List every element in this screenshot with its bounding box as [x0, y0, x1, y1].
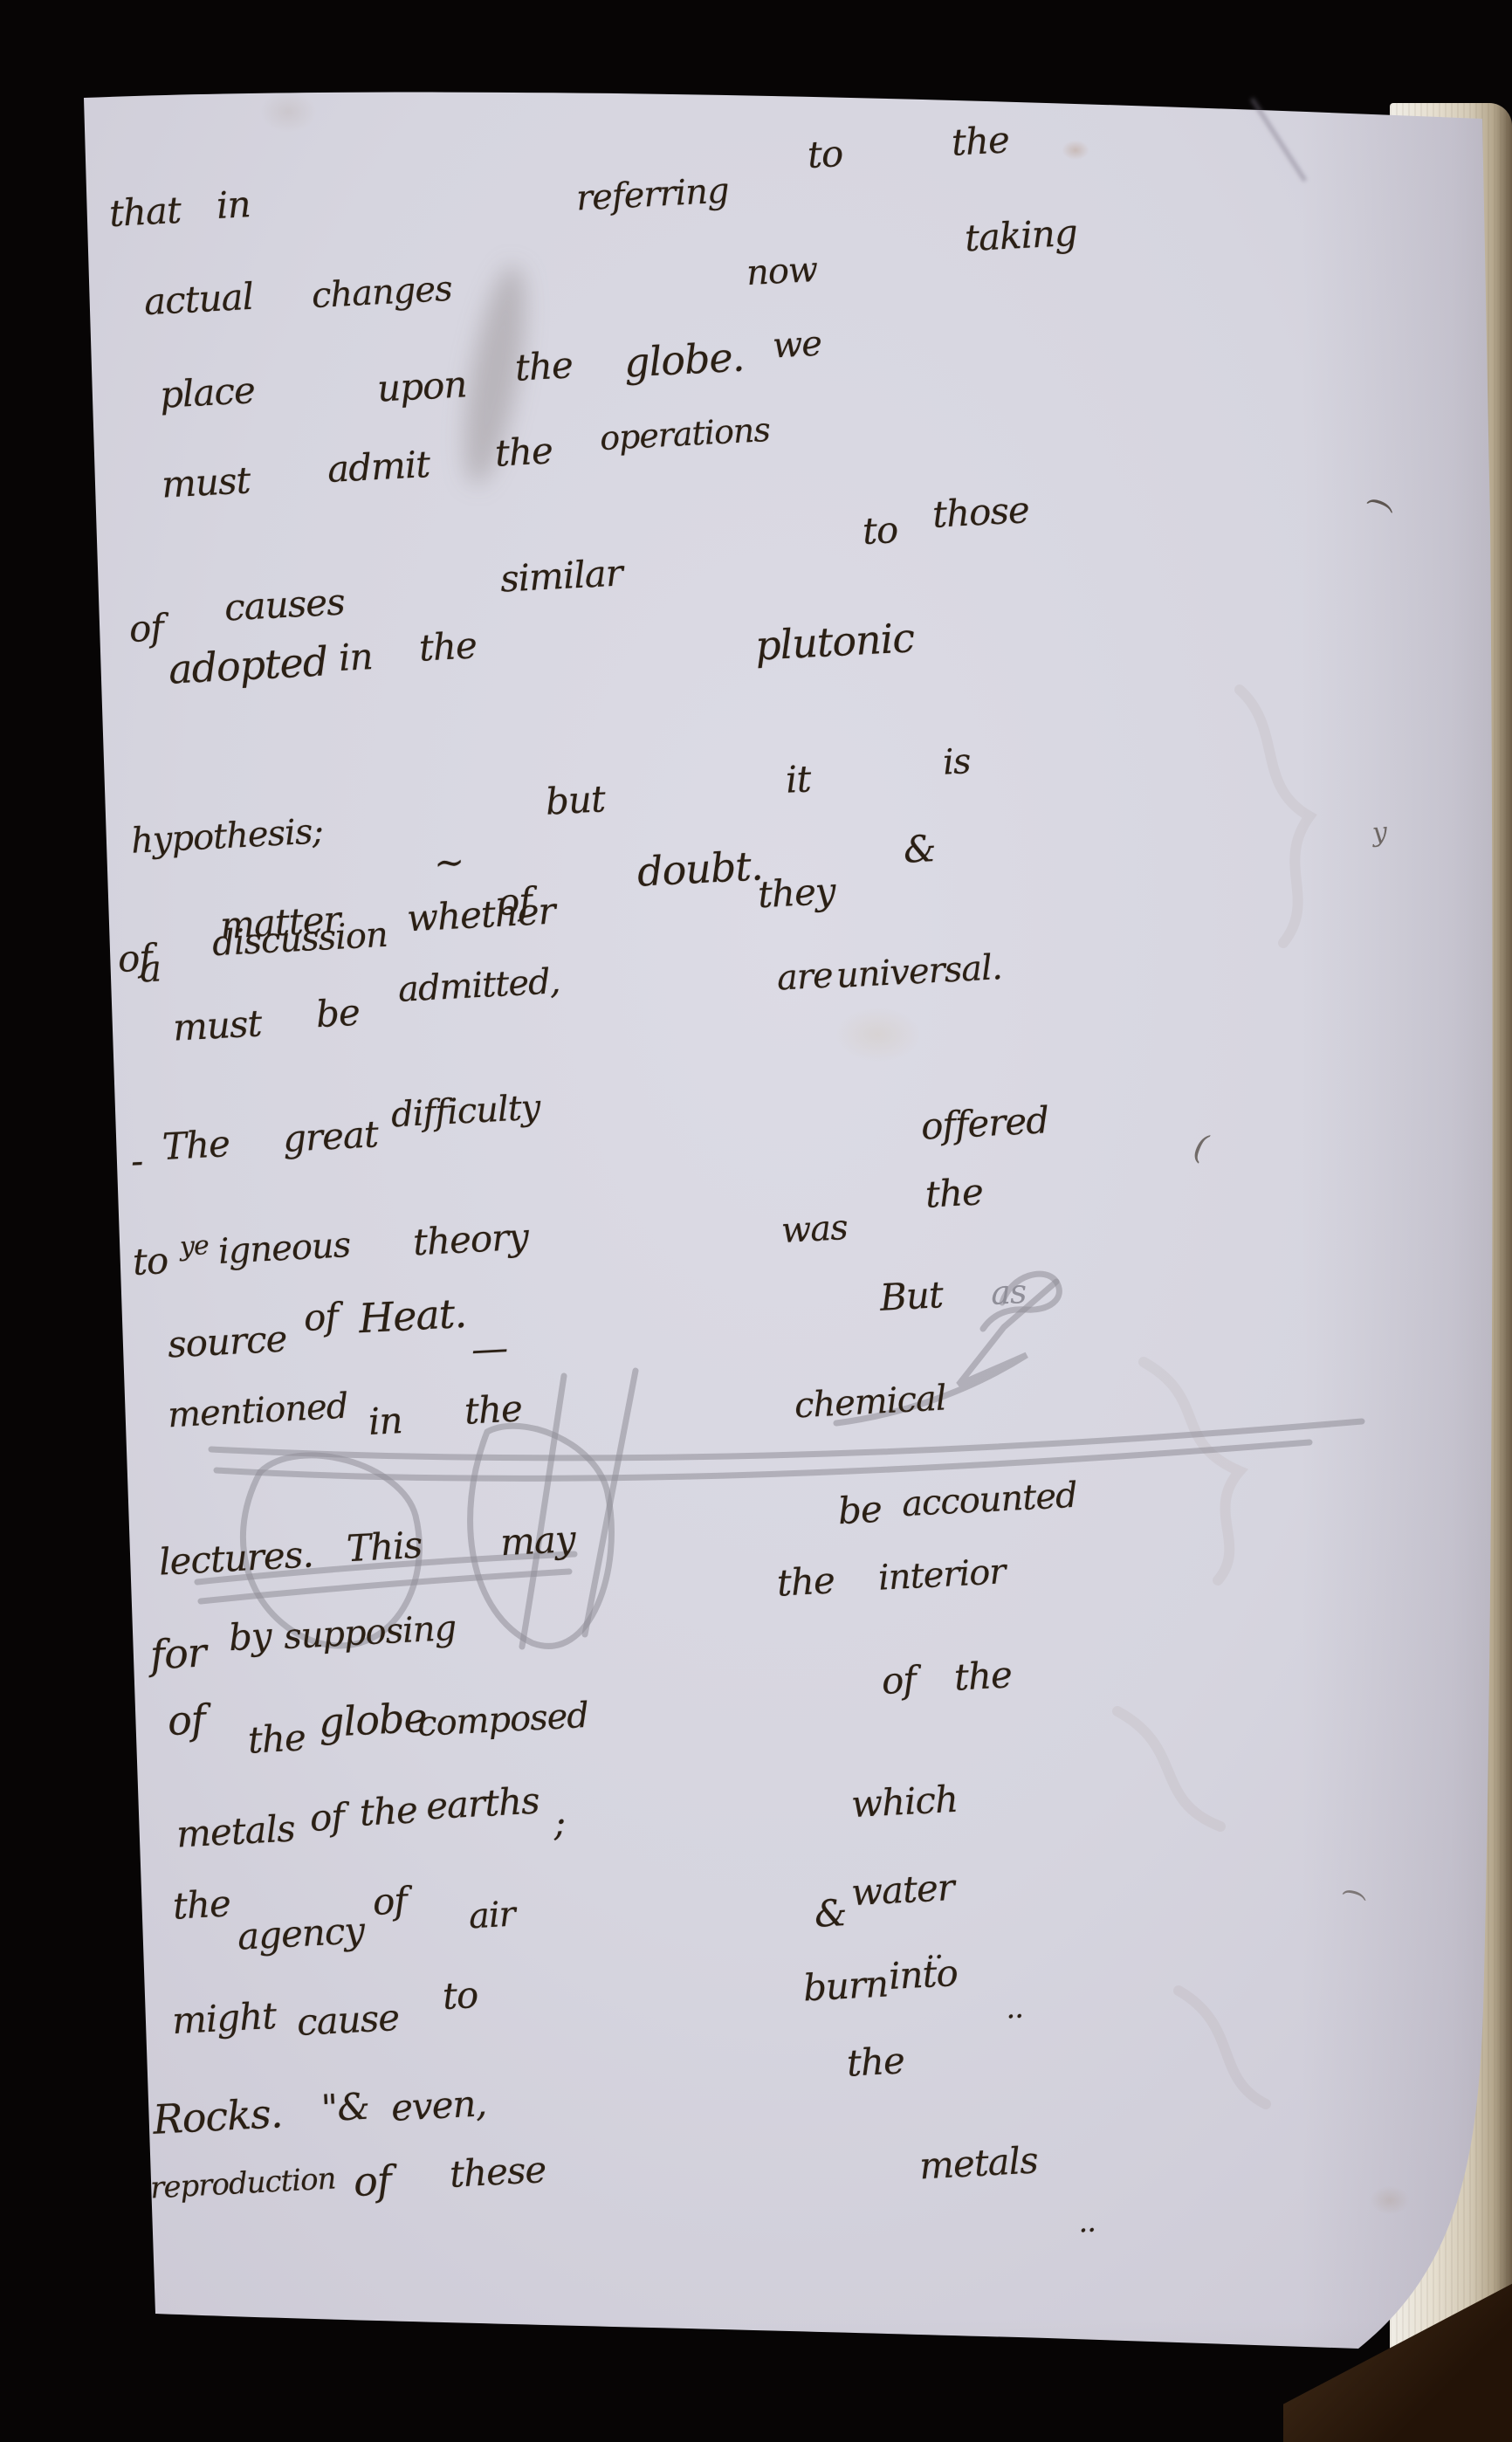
- manuscript-word: into: [888, 1951, 959, 1998]
- manuscript-word: accounted: [901, 1476, 1078, 1524]
- manuscript-word: the: [247, 1716, 306, 1761]
- stray-ink-mark: y: [1371, 816, 1389, 848]
- manuscript-word: adopted: [168, 637, 329, 692]
- stray-ink-mark: (: [1191, 1127, 1212, 1167]
- manuscript-word: lectures.: [158, 1532, 314, 1583]
- manuscript-word: are: [776, 955, 834, 998]
- manuscript-word: in: [368, 1399, 403, 1443]
- manuscript-word: hypothesis;: [130, 811, 324, 861]
- manuscript-word: in: [338, 635, 374, 679]
- manuscript-word: might: [171, 1994, 277, 2042]
- manuscript-word: of: [167, 1696, 207, 1744]
- manuscript-text: thatinreferringtotheactualchangesnowtaki…: [0, 0, 1512, 2442]
- manuscript-word: ..: [1005, 1991, 1024, 2026]
- manuscript-word: to: [442, 1973, 479, 2018]
- manuscript-word: metals: [918, 2138, 1039, 2187]
- manuscript-word: as: [990, 1272, 1027, 1312]
- manuscript-word: the: [464, 1386, 523, 1432]
- manuscript-word: the: [951, 118, 1010, 163]
- manuscript-word: Heat.: [358, 1290, 468, 1342]
- manuscript-word: the: [514, 343, 574, 389]
- manuscript-word: supposing: [283, 1608, 457, 1657]
- manuscript-word: referring: [575, 170, 730, 218]
- manuscript-word: ye: [179, 1230, 209, 1262]
- manuscript-word: the: [172, 1881, 231, 1927]
- manuscript-word: now: [746, 250, 818, 293]
- manuscript-word: offered: [920, 1098, 1049, 1148]
- manuscript-word: "&: [320, 2085, 370, 2130]
- manuscript-word: globe: [318, 1694, 428, 1746]
- manuscript-word: metals: [175, 1806, 296, 1855]
- manuscript-word: admitted,: [397, 961, 560, 1010]
- manuscript-word: reproduction: [149, 2161, 336, 2205]
- manuscript-word: the: [359, 1788, 418, 1833]
- manuscript-word: must: [161, 458, 251, 506]
- manuscript-word: the: [846, 2039, 905, 2084]
- manuscript-word: ~: [433, 840, 465, 884]
- manuscript-word: but: [545, 777, 606, 822]
- manuscript-word: of: [372, 1879, 408, 1923]
- manuscript-word: burn: [802, 1962, 889, 2009]
- manuscript-word: air: [468, 1895, 516, 1937]
- manuscript-word: the: [924, 1170, 984, 1215]
- manuscript-word: the: [494, 429, 553, 474]
- manuscript-word: the: [953, 1653, 1013, 1698]
- manuscript-word: to: [132, 1239, 169, 1283]
- manuscript-word: upon: [376, 362, 468, 409]
- manuscript-word: which: [850, 1778, 959, 1826]
- manuscript-word: agency: [237, 1909, 365, 1958]
- manuscript-word: source: [167, 1317, 288, 1365]
- manuscript-word: by: [228, 1614, 272, 1659]
- manuscript-word: it: [785, 757, 812, 801]
- manuscript-word: mentioned: [167, 1386, 348, 1436]
- manuscript-word: Rocks.: [152, 2089, 284, 2143]
- manuscript-word: we: [772, 324, 822, 367]
- manuscript-word: operations: [599, 410, 771, 457]
- manuscript-word: place: [159, 368, 256, 416]
- manuscript-word: admit: [326, 443, 430, 491]
- manuscript-word: universal.: [835, 947, 1003, 996]
- manuscript-word: similar: [499, 551, 623, 600]
- manuscript-word: ;: [553, 1801, 567, 1845]
- manuscript-word: the: [418, 623, 478, 669]
- manuscript-word: is: [942, 741, 972, 783]
- manuscript-word: taking: [964, 211, 1078, 260]
- manuscript-word: of: [353, 2157, 393, 2205]
- manuscript-word: This: [346, 1524, 423, 1570]
- photograph-background: thatinreferringtotheactualchangesnowtaki…: [0, 0, 1512, 2442]
- manuscript-word: difficulty: [390, 1088, 541, 1136]
- manuscript-word: the: [776, 1558, 835, 1604]
- manuscript-word: water: [850, 1866, 955, 1914]
- manuscript-word: earths: [425, 1779, 540, 1828]
- manuscript-word: &: [903, 827, 937, 871]
- manuscript-word: discussion: [211, 915, 388, 964]
- manuscript-word: whether: [406, 890, 556, 940]
- manuscript-word: of: [881, 1658, 917, 1703]
- manuscript-word: must: [172, 1001, 263, 1049]
- manuscript-word: theory: [412, 1215, 529, 1264]
- manuscript-word: chemical: [794, 1378, 947, 1426]
- manuscript-word: actual: [143, 275, 254, 323]
- manuscript-word: But: [879, 1273, 944, 1319]
- manuscript-word: ..: [1077, 2205, 1096, 2240]
- manuscript-word: of: [128, 606, 164, 650]
- manuscript-word: great: [282, 1112, 379, 1160]
- manuscript-word: to: [807, 132, 844, 176]
- manuscript-word: causes: [223, 580, 346, 629]
- manuscript-word: these: [449, 2148, 547, 2196]
- manuscript-word: be: [315, 991, 361, 1036]
- manuscript-word: of: [309, 1795, 345, 1840]
- stray-ink-mark: (: [1363, 496, 1399, 513]
- manuscript-word: of: [117, 936, 153, 980]
- manuscript-word: may: [499, 1517, 576, 1564]
- manuscript-word: —: [471, 1326, 509, 1371]
- manuscript-word: interior: [877, 1551, 1007, 1599]
- manuscript-word: globe.: [623, 333, 746, 386]
- manuscript-word: was: [780, 1207, 849, 1251]
- manuscript-word: to: [862, 508, 899, 553]
- manuscript-word: changes: [311, 269, 453, 316]
- stray-ink-mark: (: [1339, 1888, 1371, 1901]
- manuscript-word: plutonic: [754, 614, 916, 669]
- manuscript-word: igneous: [217, 1225, 351, 1272]
- manuscript-word: those: [931, 488, 1030, 536]
- manuscript-word: of: [303, 1295, 339, 1339]
- manuscript-word: they: [757, 870, 836, 917]
- manuscript-word: -: [130, 1139, 144, 1183]
- manuscript-word: even,: [390, 2081, 487, 2129]
- manuscript-word: for: [149, 1628, 207, 1678]
- manuscript-word: cause: [296, 1996, 400, 2044]
- manuscript-word: that: [108, 189, 182, 235]
- manuscript-word: composed: [416, 1696, 589, 1744]
- manuscript-word: in: [216, 182, 251, 227]
- manuscript-word: The: [162, 1122, 230, 1168]
- manuscript-word: doubt.: [636, 842, 764, 895]
- manuscript-word: be: [837, 1488, 883, 1533]
- manuscript-word: &: [814, 1891, 848, 1936]
